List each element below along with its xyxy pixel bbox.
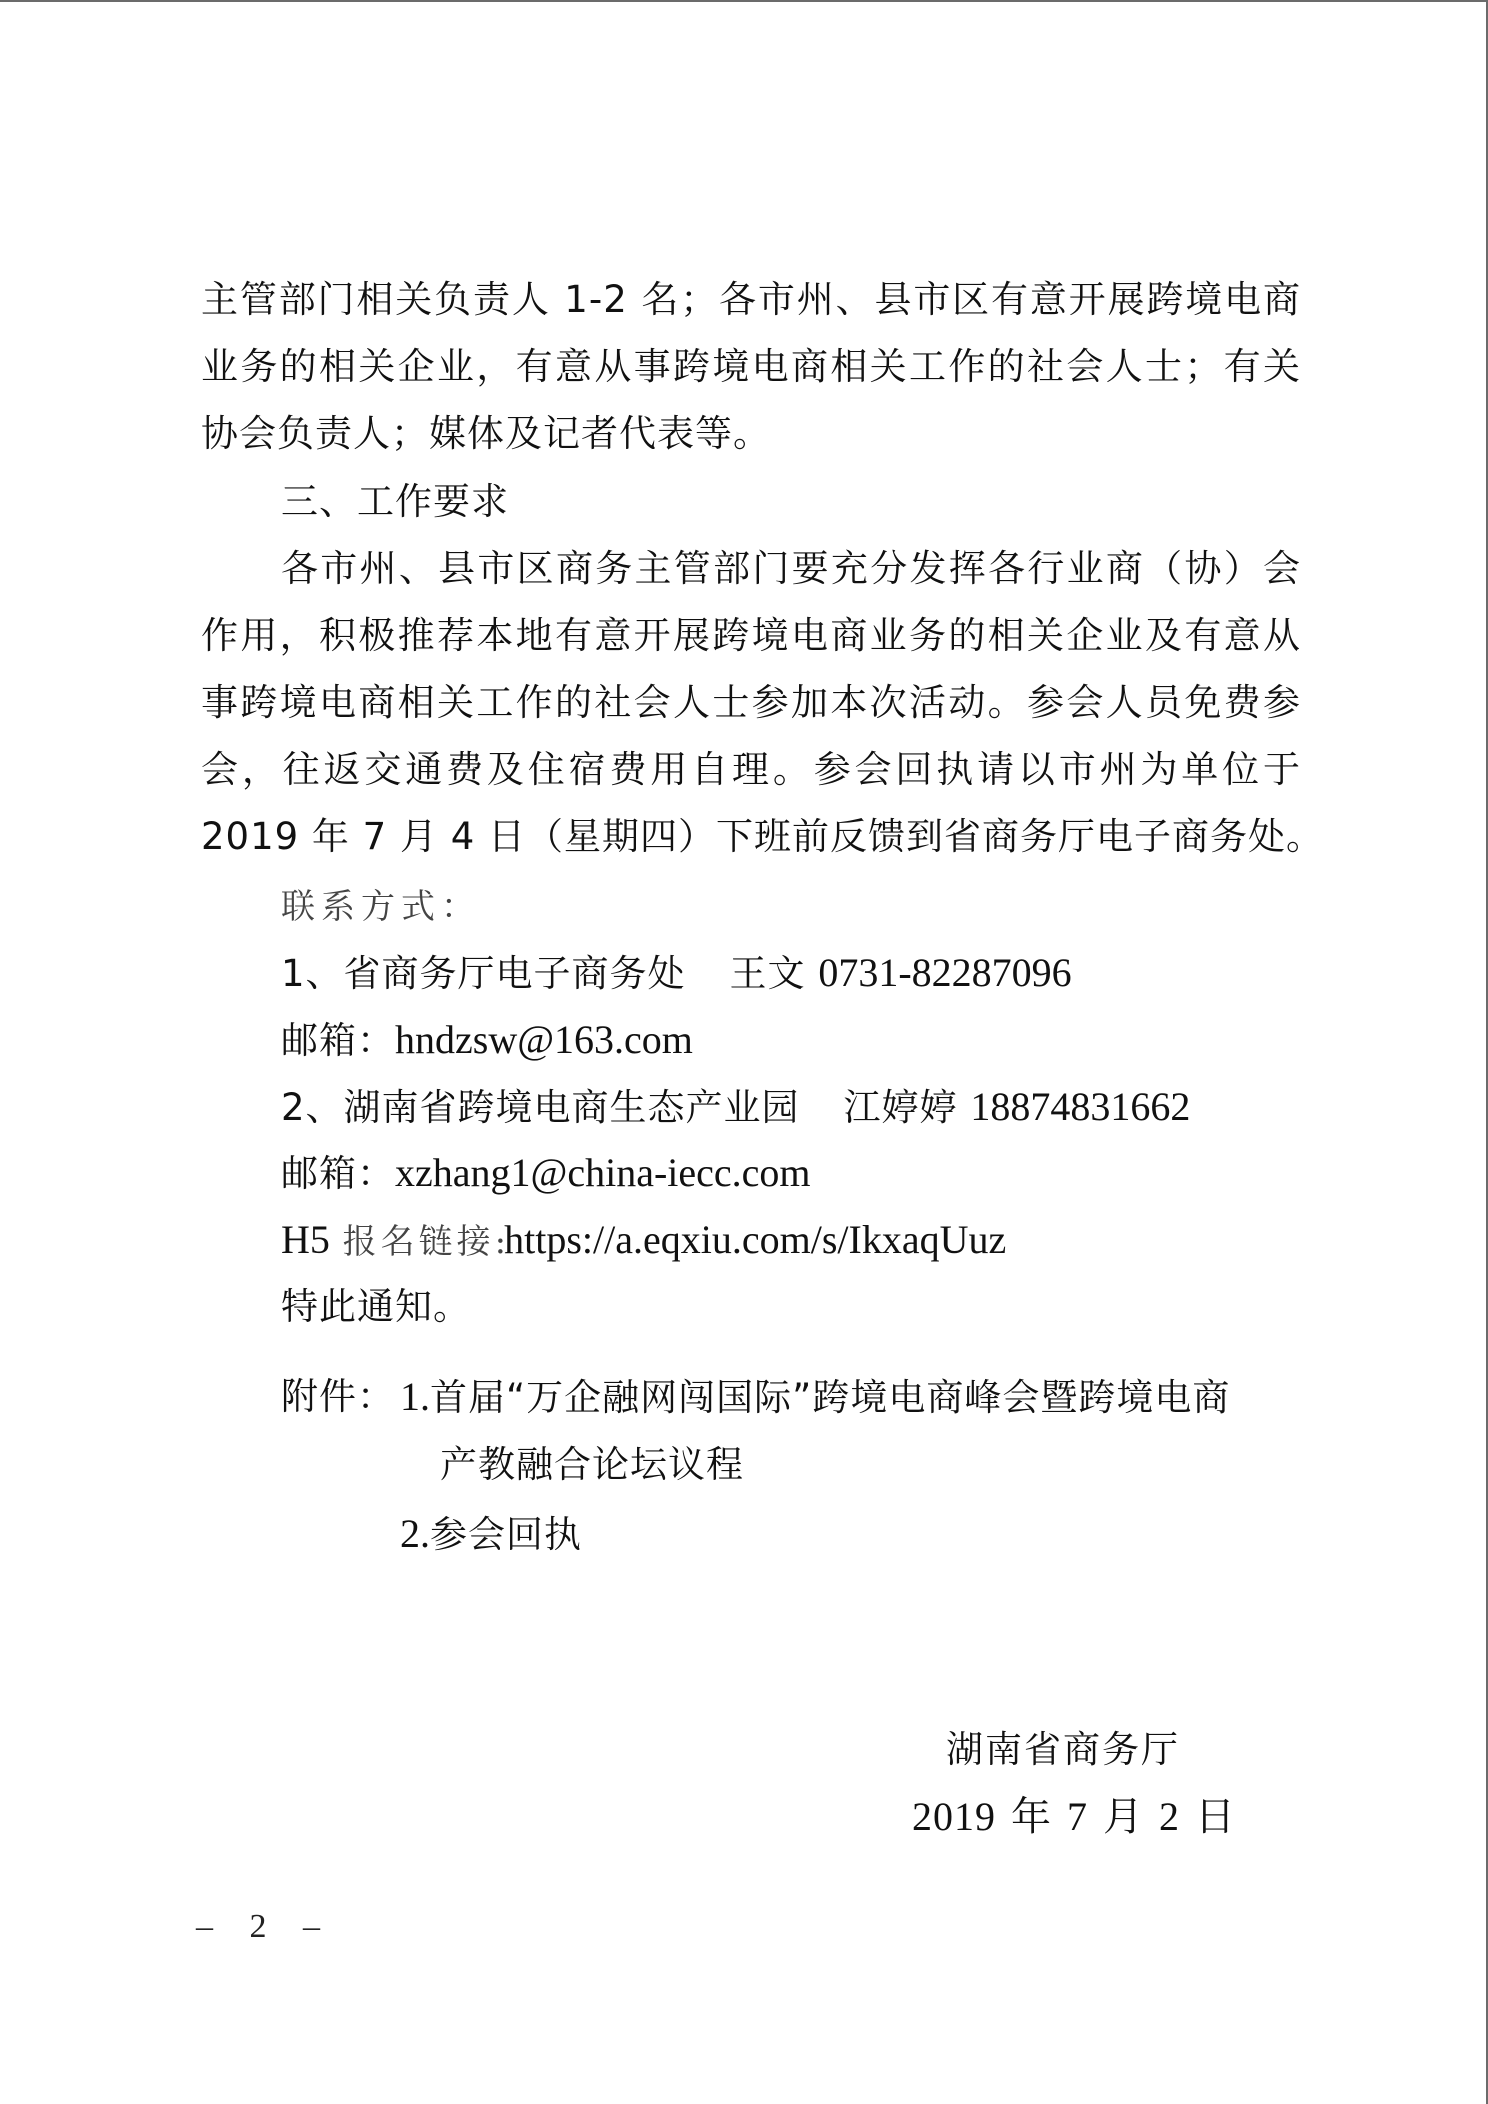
page-border-top [0,0,1488,2]
contact-1-phone: 0731-82287096 [818,950,1071,995]
h5-signup-link[interactable]: https://a.eqxiu.com/s/IkxaqUuz [504,1217,1006,1262]
requirements-line-3: 事跨境电商相关工作的社会人士参加本次活动。参会人员免费参 [201,681,1301,725]
attachment-1[interactable]: 1.首届“万企融网闯国际”跨境电商峰会暨跨境电商 [400,1375,1230,1419]
h5-signup-row: H5 报名链接:https://a.eqxiu.com/s/IkxaqUuz [281,1218,1006,1262]
body-line-1: 主管部门相关负责人 1-2 名；各市州、县市区有意开展跨境电商 [201,278,1301,322]
signature-issuer: 湖南省商务厅 [946,1728,1180,1772]
contact-1-person: 王文 [730,952,806,995]
contact-1-email[interactable]: hndzsw@163.com [395,1017,693,1062]
requirements-line-4: 会，往返交通费及住宿费用自理。参会回执请以市州为单位于 [201,748,1301,792]
section-heading: 三、工作要求 [281,480,509,524]
signature-date: 2019 年 7 月 2 日 [912,1795,1236,1839]
contact-1: 1、省商务厅电子商务处王文 0731-82287096 [281,951,1072,995]
attachment-1-number: 1. [400,1374,430,1419]
contact-1-org: 1、省商务厅电子商务处 [281,952,686,995]
contact-2-person: 江婷婷 [844,1086,958,1129]
attachment-1-title-cont: 产教融合论坛议程 [440,1443,744,1487]
contact-label: 联系方式： [281,885,481,929]
requirements-line-5: 2019 年 7 月 4 日（星期四）下班前反馈到省商务厅电子商务处。 [201,815,1301,859]
requirements-line-1: 各市州、县市区商务主管部门要充分发挥各行业商（协）会 [281,547,1301,591]
contact-2-email[interactable]: xzhang1@china-iecc.com [395,1150,811,1195]
h5-signup-label: 报名链接: [343,1222,510,1262]
attachment-1-title: 首届“万企融网闯国际”跨境电商峰会暨跨境电商 [430,1376,1230,1419]
body-line-3: 协会负责人；媒体及记者代表等。 [201,412,771,456]
contact-2-org: 2、湖南省跨境电商生态产业园 [281,1086,800,1129]
attachment-2-number: 2. [400,1511,430,1556]
contact-2-email-label: 邮箱： [281,1152,395,1195]
contact-2-email-row: 邮箱：xzhang1@china-iecc.com [281,1151,811,1195]
closing-text: 特此通知。 [281,1285,471,1329]
h5-prefix: H5 [281,1217,330,1262]
attachment-2-title: 参会回执 [430,1513,582,1556]
contact-2: 2、湖南省跨境电商生态产业园江婷婷 18874831662 [281,1085,1190,1129]
page-number: – 2 – [196,1908,334,1946]
attachment-2[interactable]: 2.参会回执 [400,1512,582,1556]
requirements-line-2: 作用，积极推荐本地有意开展跨境电商业务的相关企业及有意从 [201,614,1301,658]
attachments-label: 附件： [281,1375,395,1419]
contact-1-email-row: 邮箱：hndzsw@163.com [281,1018,693,1062]
body-line-2: 业务的相关企业，有意从事跨境电商相关工作的社会人士；有关 [201,345,1301,389]
contact-1-email-label: 邮箱： [281,1019,395,1062]
contact-2-phone: 18874831662 [970,1084,1190,1129]
